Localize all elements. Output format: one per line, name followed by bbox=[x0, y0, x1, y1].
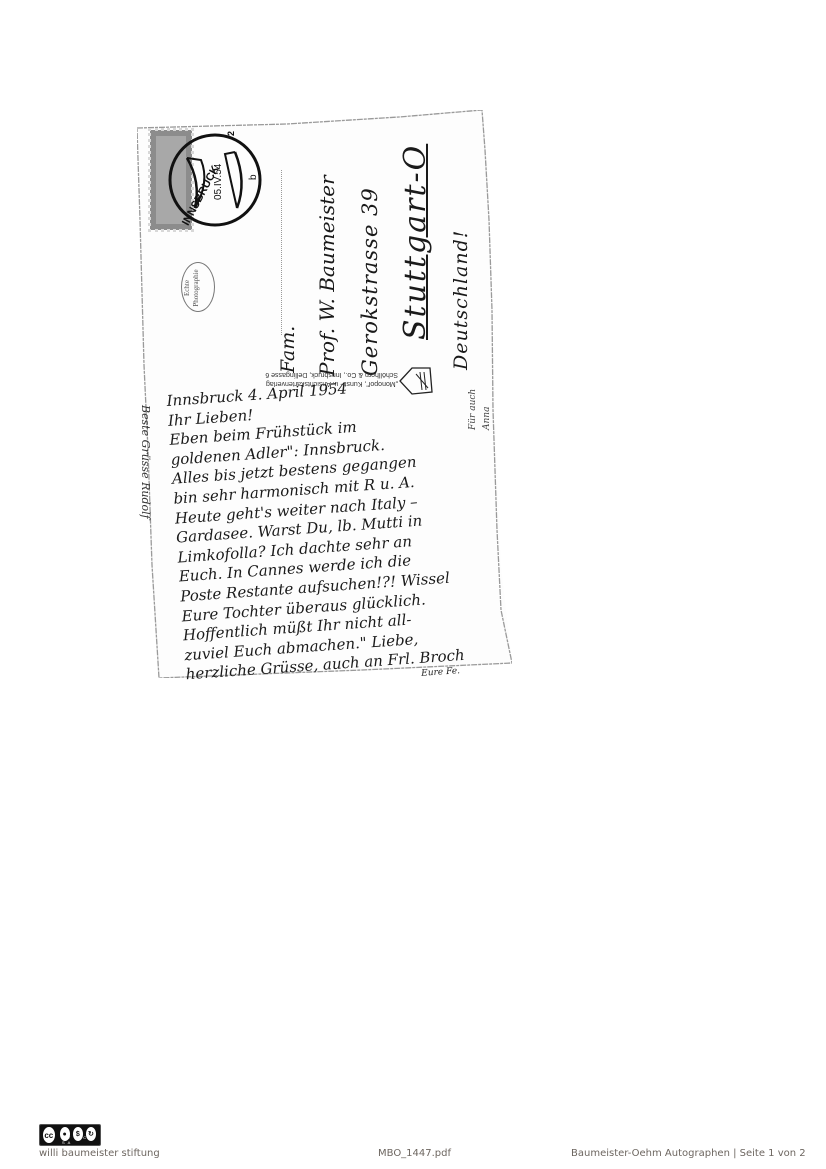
footer-collection-page: Baumeister-Oehm Autographen | Seite 1 vo… bbox=[571, 1148, 806, 1159]
address-line-3: Gerokstrasse 39 bbox=[358, 187, 382, 376]
footer-foundation: willi baumeister stiftung bbox=[39, 1148, 160, 1159]
address-dotted-line bbox=[281, 170, 283, 335]
pdf-page: INNSBRUCK 05.IV.54 2 b Echte Photographi… bbox=[0, 0, 826, 1169]
address-line-2: Prof. W. Baumeister bbox=[315, 175, 339, 376]
address-line-4: Stuttgart-O bbox=[398, 144, 433, 340]
side-note-left: Beste Grüsse Rudolf bbox=[139, 405, 152, 519]
photo-oval-text: Echte Photographie bbox=[183, 266, 201, 310]
cc-icon: cc bbox=[42, 1126, 56, 1144]
postmark-number: 2 bbox=[226, 131, 236, 136]
postmark-letter: b bbox=[248, 174, 259, 180]
address-line-5: Deutschland! bbox=[450, 230, 472, 370]
cc-license-terms: BY NC SA bbox=[62, 1135, 100, 1145]
footer-filename: MBO_1447.pdf bbox=[378, 1148, 451, 1159]
postmark-date: 05.IV.54 bbox=[213, 164, 224, 200]
address-line-1: Fam. bbox=[277, 326, 299, 373]
handwritten-message: Innsbruck 4. April 1954 Ihr Lieben! Eben… bbox=[166, 368, 526, 695]
cc-license-badge[interactable]: cc ● $ ↻ BY NC SA bbox=[39, 1124, 101, 1146]
